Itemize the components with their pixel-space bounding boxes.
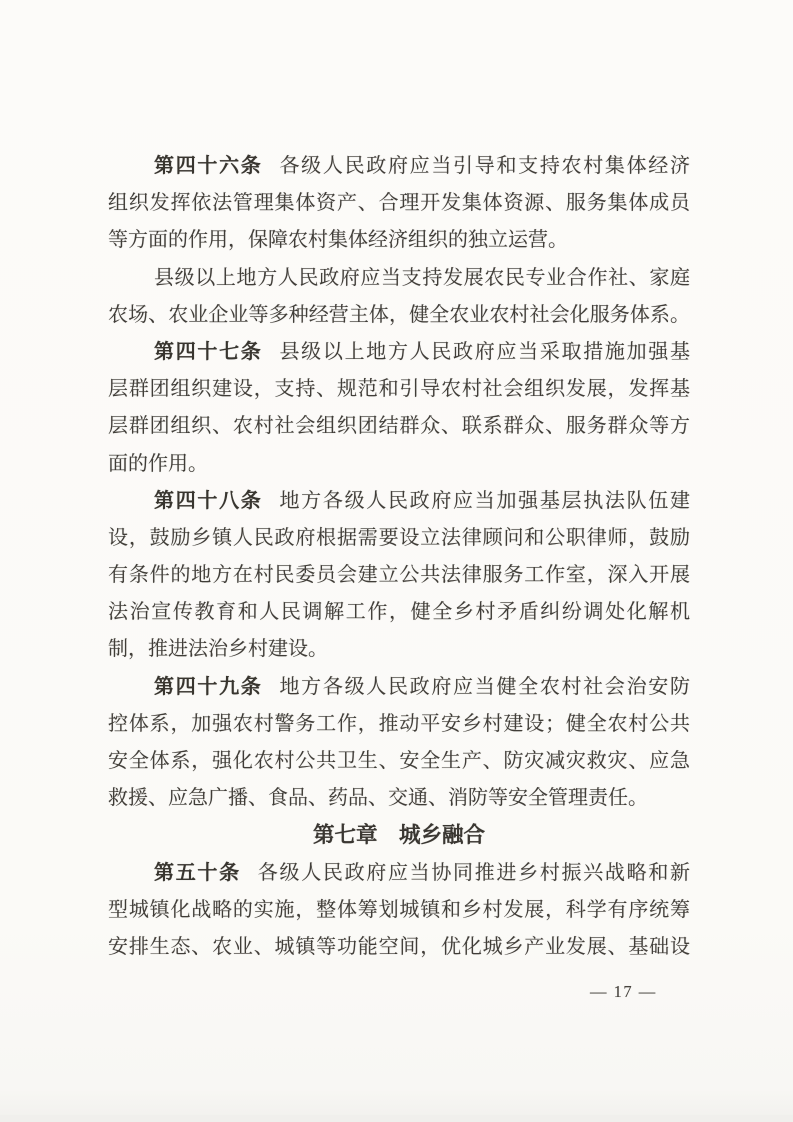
- text-line: 农场、农业企业等多种经营主体，健全农业农村社会化服务体系。: [108, 297, 690, 334]
- line-text: 有条件的地方在村民委员会建立公共法律服务工作室，深入开展: [108, 564, 690, 586]
- text-line: 层群团组织建设，支持、规范和引导农村社会组织发展，发挥基: [108, 371, 690, 408]
- line-text: 等方面的作用，保障农村集体经济组织的独立运营。: [108, 229, 568, 251]
- text-line: 面的作用。: [108, 446, 690, 483]
- text-line: 第四十八条地方各级人民政府应当加强基层执法队伍建: [108, 483, 690, 520]
- line-text: 安排生态、农业、城镇等功能空间，优化城乡产业发展、基础设: [108, 936, 690, 958]
- line-text: 救援、应急广播、食品、药品、交通、消防等安全管理责任。: [108, 787, 648, 809]
- line-text: 各级人民政府应当协同推进乡村振兴战略和新: [258, 862, 690, 884]
- line-text: 层群团组织建设，支持、规范和引导农村社会组织发展，发挥基: [108, 378, 690, 400]
- document-body: 第四十六条各级人民政府应当引导和支持农村集体经济组织发挥依法管理集体资产、合理开…: [108, 148, 690, 966]
- line-text: 层群团组织、农村社会组织团结群众、联系群众、服务群众等方: [108, 415, 690, 437]
- line-text: 安全体系，强化农村公共卫生、安全生产、防灾减灾救灾、应急: [108, 750, 690, 772]
- text-line: 组织发挥依法管理集体资产、合理开发集体资源、服务集体成员: [108, 185, 690, 222]
- line-text: 各级人民政府应当引导和支持农村集体经济: [279, 155, 690, 177]
- chapter-heading: 第七章 城乡融合: [108, 817, 690, 854]
- text-line: 安全体系，强化农村公共卫生、安全生产、防灾减灾救灾、应急: [108, 743, 690, 780]
- line-text: 第七章 城乡融合: [313, 823, 485, 847]
- article-number-prefix: 第五十条: [154, 862, 241, 884]
- line-text: 面的作用。: [108, 453, 208, 475]
- article-number-prefix: 第四十八条: [154, 490, 262, 512]
- text-line: 制，推进法治乡村建设。: [108, 631, 690, 668]
- text-line: 层群团组织、农村社会组织团结群众、联系群众、服务群众等方: [108, 408, 690, 445]
- scanned-document-page: 第四十六条各级人民政府应当引导和支持农村集体经济组织发挥依法管理集体资产、合理开…: [0, 0, 793, 1122]
- text-line: 等方面的作用，保障农村集体经济组织的独立运营。: [108, 222, 690, 259]
- text-line: 第五十条各级人民政府应当协同推进乡村振兴战略和新: [108, 855, 690, 892]
- article-number-prefix: 第四十六条: [154, 155, 262, 177]
- text-line: 安排生态、农业、城镇等功能空间，优化城乡产业发展、基础设: [108, 929, 690, 966]
- text-line: 控体系，加强农村警务工作，推动平安乡村建设；健全农村公共: [108, 706, 690, 743]
- text-line: 有条件的地方在村民委员会建立公共法律服务工作室，深入开展: [108, 557, 690, 594]
- article-number-prefix: 第四十七条: [154, 341, 262, 363]
- text-line: 型城镇化战略的实施，整体筹划城镇和乡村发展，科学有序统筹: [108, 892, 690, 929]
- text-line: 救援、应急广播、食品、药品、交通、消防等安全管理责任。: [108, 780, 690, 817]
- scan-bottom-edge: [0, 1115, 793, 1122]
- text-line: 第四十七条县级以上地方人民政府应当采取措施加强基: [108, 334, 690, 371]
- text-line: 设，鼓励乡镇人民政府根据需要设立法律顾问和公职律师，鼓励: [108, 520, 690, 557]
- line-text: 型城镇化战略的实施，整体筹划城镇和乡村发展，科学有序统筹: [108, 899, 690, 921]
- article-number-prefix: 第四十九条: [154, 676, 262, 698]
- text-line: 第四十六条各级人民政府应当引导和支持农村集体经济: [108, 148, 690, 185]
- text-line: 县级以上地方人民政府应当支持发展农民专业合作社、家庭: [108, 260, 690, 297]
- line-text: 设，鼓励乡镇人民政府根据需要设立法律顾问和公职律师，鼓励: [108, 527, 690, 549]
- line-text: 农场、农业企业等多种经营主体，健全农业农村社会化服务体系。: [108, 304, 690, 326]
- line-text: 控体系，加强农村警务工作，推动平安乡村建设；健全农村公共: [108, 713, 690, 735]
- page-number: — 17 —: [590, 982, 657, 1002]
- line-text: 县级以上地方人民政府应当采取措施加强基: [279, 341, 690, 363]
- line-text: 法治宣传教育和人民调解工作，健全乡村矛盾纠纷调处化解机: [108, 601, 690, 623]
- text-line: 第四十九条地方各级人民政府应当健全农村社会治安防: [108, 669, 690, 706]
- text-line: 法治宣传教育和人民调解工作，健全乡村矛盾纠纷调处化解机: [108, 594, 690, 631]
- line-text: 制，推进法治乡村建设。: [108, 638, 328, 660]
- line-text: 地方各级人民政府应当健全农村社会治安防: [279, 676, 690, 698]
- line-text: 县级以上地方人民政府应当支持发展农民专业合作社、家庭: [154, 267, 690, 289]
- line-text: 组织发挥依法管理集体资产、合理开发集体资源、服务集体成员: [108, 192, 690, 214]
- line-text: 地方各级人民政府应当加强基层执法队伍建: [279, 490, 690, 512]
